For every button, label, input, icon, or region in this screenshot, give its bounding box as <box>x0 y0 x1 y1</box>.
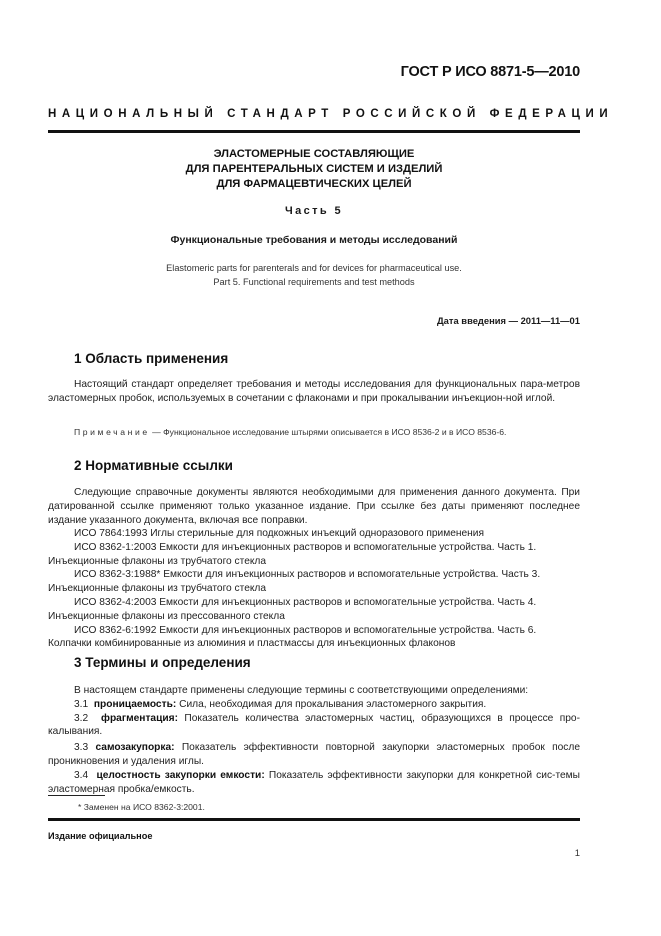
official-edition-label: Издание официальное <box>48 831 152 841</box>
english-title-line: Elastomeric parts for parenterals and fo… <box>48 261 580 275</box>
footnote-rule <box>48 795 105 796</box>
term-name: целостность закупорки емкости: <box>96 770 264 781</box>
reference-item: ИСО 7864:1993 Иглы стерильные для подкож… <box>48 527 580 541</box>
national-standard-banner: НАЦИОНАЛЬНЫЙ СТАНДАРТ РОССИЙСКОЙ ФЕДЕРАЦ… <box>48 108 580 120</box>
term-item: 3.1 проницаемость: Сила, необходимая для… <box>48 698 580 712</box>
standard-code: ГОСТ Р ИСО 8871-5—2010 <box>401 64 580 80</box>
reference-item-cont: Инъекционные флаконы из трубчатого стекл… <box>48 582 580 596</box>
title-line: ДЛЯ ПАРЕНТЕРАЛЬНЫХ СИСТЕМ И ИЗДЕЛИЙ <box>48 162 580 177</box>
section-3-heading: 3 Термины и определения <box>74 655 251 670</box>
term-name: фрагментация: <box>101 713 178 724</box>
term-item: 3.3 самозакупорка: Показатель эффективно… <box>48 741 580 769</box>
note-label: Примечание <box>74 427 150 437</box>
reference-item: ИСО 8362-1:2003 Емкости для инъекционных… <box>48 541 580 555</box>
english-title: Elastomeric parts for parenterals and fo… <box>48 261 580 289</box>
section-1-heading: 1 Область применения <box>74 351 228 366</box>
section-1-note: Примечание — Функциональное исследование… <box>74 427 506 437</box>
term-name: проницаемость: <box>94 699 176 710</box>
terms-intro: В настоящем стандарте применены следующи… <box>48 684 580 698</box>
reference-item-cont: Инъекционные флаконы из трубчатого стекл… <box>48 555 580 569</box>
term-item: 3.4 целостность закупорки емкости: Показ… <box>48 769 580 797</box>
introduction-date: Дата введения — 2011—11—01 <box>437 315 580 326</box>
page-number: 1 <box>575 848 580 859</box>
title-line: ЭЛАСТОМЕРНЫЕ СОСТАВЛЯЮЩИЕ <box>48 147 580 162</box>
title-line: ДЛЯ ФАРМАЦЕВТИЧЕСКИХ ЦЕЛЕЙ <box>48 177 580 192</box>
part-label: Часть 5 <box>48 205 580 217</box>
header-rule <box>48 130 580 133</box>
document-subtitle: Функциональные требования и методы иссле… <box>48 234 580 246</box>
note-text: — Функциональное исследование штырями оп… <box>150 427 507 437</box>
section-2-paragraph: Следующие справочные документы являются … <box>48 486 580 527</box>
document-title: ЭЛАСТОМЕРНЫЕ СОСТАВЛЯЮЩИЕ ДЛЯ ПАРЕНТЕРАЛ… <box>48 147 580 192</box>
term-name: самозакупорка: <box>95 742 174 753</box>
footer-rule <box>48 818 580 821</box>
reference-item: ИСО 8362-4:2003 Емкости для инъекционных… <box>48 596 580 610</box>
normative-references-list: ИСО 7864:1993 Иглы стерильные для подкож… <box>48 527 580 651</box>
section-2-heading: 2 Нормативные ссылки <box>74 458 233 473</box>
reference-item-cont: Колпачки комбинированные из алюминия и п… <box>48 637 580 651</box>
term-item: 3.2 фрагментация: Показатель количества … <box>48 712 580 740</box>
reference-item: ИСО 8362-6:1992 Емкости для инъекционных… <box>48 624 580 638</box>
reference-item-cont: Инъекционные флаконы из прессованного ст… <box>48 610 580 624</box>
terms-list: В настоящем стандарте применены следующи… <box>48 684 580 796</box>
footnote: * Заменен на ИСО 8362-3:2001. <box>78 802 205 812</box>
section-1-paragraph: Настоящий стандарт определяет требования… <box>48 378 580 406</box>
reference-item: ИСО 8362-3:1988* Емкости для инъекционны… <box>48 568 580 582</box>
english-title-line: Part 5. Functional requirements and test… <box>48 275 580 289</box>
